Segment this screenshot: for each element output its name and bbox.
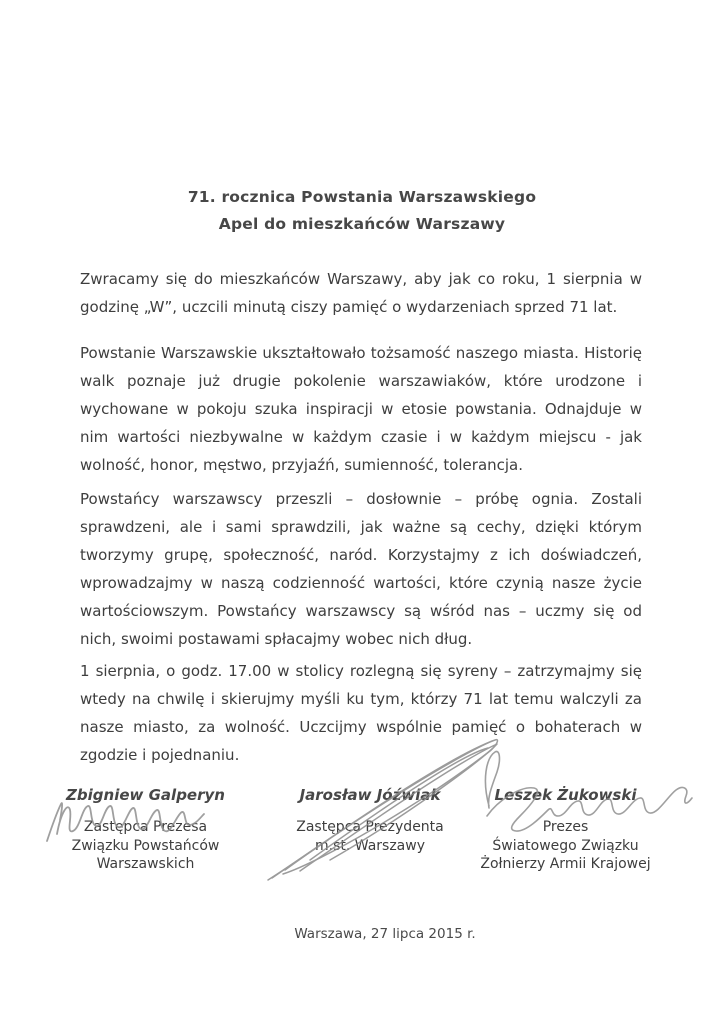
body-paragraph-3: Powstańcy warszawscy przeszli – dosłowni…	[80, 485, 642, 653]
signatory-column-galperyn: Zbigniew Galperyn Zastępca Prezesa Związ…	[38, 786, 253, 874]
document-title: 71. rocznica Powstania Warszawskiego Ape…	[80, 184, 644, 238]
signatory-column-zukowski: Leszek Żukowski Prezes Światowego Związk…	[448, 786, 683, 874]
title-line-1: 71. rocznica Powstania Warszawskiego	[80, 184, 644, 211]
signatory-role-line: Prezes	[448, 818, 683, 837]
signatory-role-line: Światowego Związku	[448, 837, 683, 856]
dateline: Warszawa, 27 lipca 2015 r.	[80, 926, 690, 942]
body-paragraph-4: 1 sierpnia, o godz. 17.00 w stolicy rozl…	[80, 657, 642, 769]
document-page: 71. rocznica Powstania Warszawskiego Ape…	[0, 0, 724, 1024]
signatory-role-line: m.st. Warszawy	[266, 837, 474, 856]
signatory-name: Leszek Żukowski	[448, 786, 683, 804]
signatory-name: Zbigniew Galperyn	[38, 786, 253, 804]
body-paragraph-2: Powstanie Warszawskie ukształtowało tożs…	[80, 339, 642, 479]
signatory-role-line: Zastępca Prezesa	[38, 818, 253, 837]
signatory-role-line: Związku Powstańców	[38, 837, 253, 856]
signatory-column-jozwiak: Jarosław Jóźwiak Zastępca Prezydenta m.s…	[266, 786, 474, 855]
body-paragraph-1: Zwracamy się do mieszkańców Warszawy, ab…	[80, 265, 642, 321]
signatory-role-line: Żołnierzy Armii Krajowej	[448, 855, 683, 874]
title-line-2: Apel do mieszkańców Warszawy	[80, 211, 644, 238]
signatory-name: Jarosław Jóźwiak	[266, 786, 474, 804]
signatory-role-line: Warszawskich	[38, 855, 253, 874]
signatory-role-line: Zastępca Prezydenta	[266, 818, 474, 837]
